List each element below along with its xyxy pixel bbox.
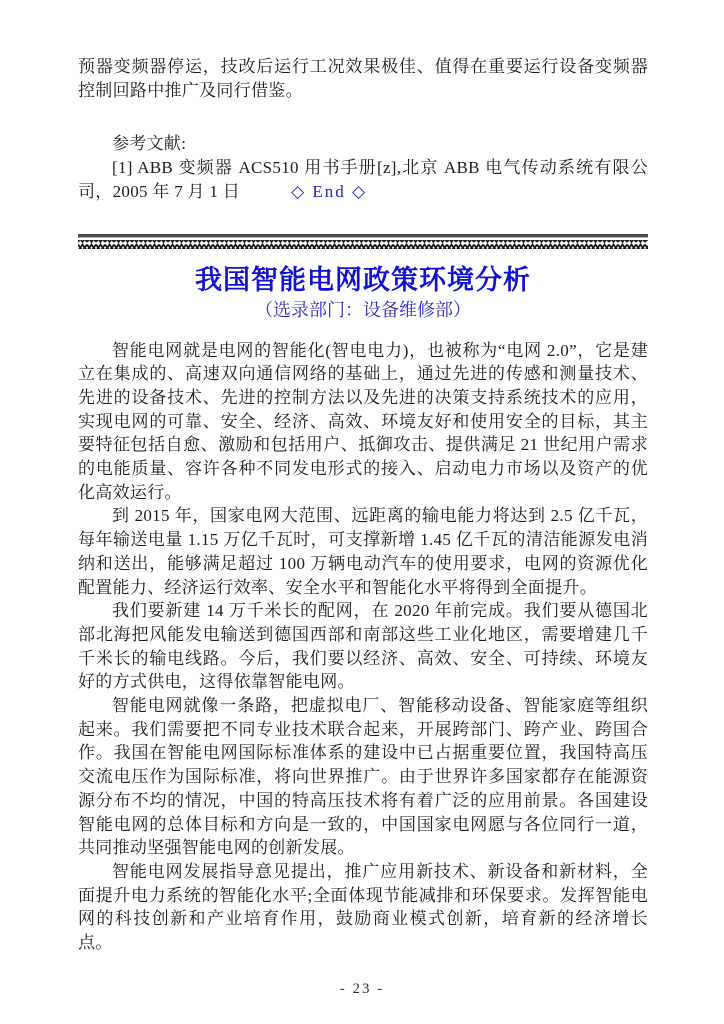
page-number: - 23 - [0, 981, 724, 998]
article-paragraph-1: 智能电网就是电网的智能化(智电电力)，也被称为“电网 2.0”，它是建立在集成的… [78, 339, 648, 505]
reference-entry: [1] ABB 变频器 ACS510 用书手册[z],北京 ABB 电气传动系统… [78, 156, 648, 203]
article-paragraph-4: 智能电网就像一条路，把虚拟电厂、智能移动设备、智能家庭等组织起来。我们需要把不同… [78, 694, 648, 860]
article-paragraph-5: 智能电网发展指导意见提出，推广应用新技术、新设备和新材料，全面提升电力系统的智能… [78, 860, 648, 955]
document-page: 预器变频器停运，技改后运行工况效果极佳、值得在重要运行设备变频器控制回路中推广及… [0, 0, 724, 1024]
page-content: 预器变频器停运，技改后运行工况效果极佳、值得在重要运行设备变频器控制回路中推广及… [0, 0, 724, 955]
closing-paragraph: 预器变频器停运，技改后运行工况效果极佳、值得在重要运行设备变频器控制回路中推广及… [78, 55, 648, 102]
section-divider [78, 234, 648, 249]
article-subtitle: （选录部门：设备维修部） [78, 298, 648, 323]
end-marker: ◇ End ◇ [291, 182, 367, 201]
article-paragraph-2: 到 2015 年，国家电网大范围、远距离的输电能力将达到 2.5 亿千瓦，每年输… [78, 504, 648, 599]
zigzag-divider-graphic [78, 234, 648, 249]
article-title: 我国智能电网政策环境分析 [78, 263, 648, 298]
references-heading: 参考文献: [78, 132, 648, 156]
article-paragraph-3: 我们要新建 14 万千米长的配网，在 2020 年前完成。我们要从德国北部北海把… [78, 599, 648, 694]
